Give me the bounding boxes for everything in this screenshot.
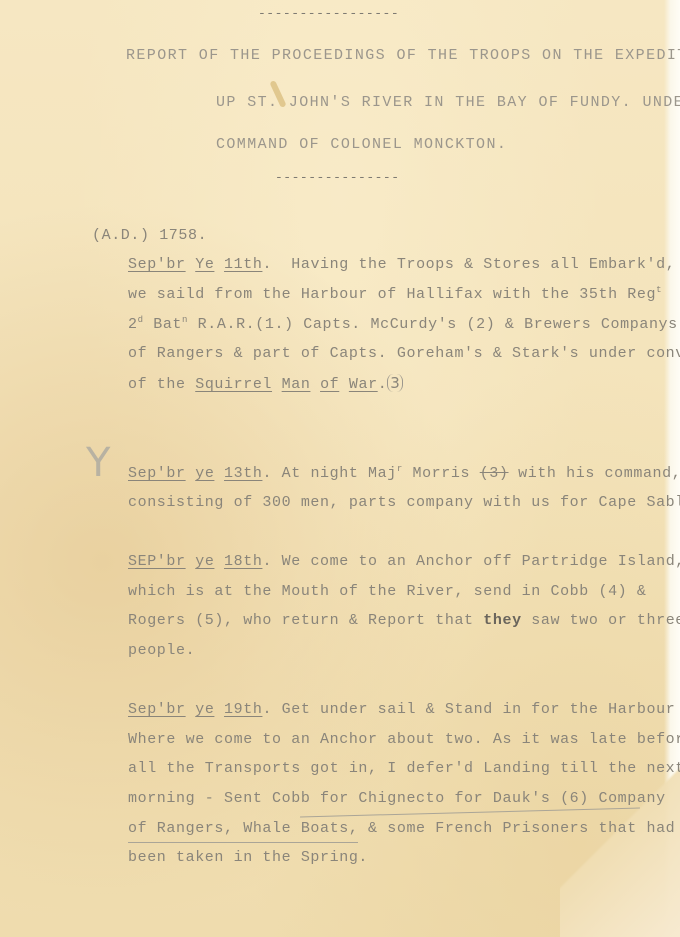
pencil-underline [128, 842, 358, 843]
entry-text: Rogers (5), who return & Report that [128, 612, 474, 629]
entry-text: Bat [153, 316, 182, 333]
entry-line: we saild from the Harbour of Hallifax wi… [128, 285, 662, 303]
ship-name: Squirrel [195, 376, 272, 393]
superscript: r [397, 464, 403, 474]
entry-line: Where we come to an Anchor about two. As… [128, 731, 680, 748]
superscript: d [138, 315, 144, 325]
entry-line: 2d Batn R.A.R.(1.) Capts. McCurdy's (2) … [128, 315, 678, 333]
entry-line: all the Transports got in, I defer'd Lan… [128, 760, 680, 777]
entry-date-ye: ye [195, 465, 214, 482]
entry-line: been taken in the Spring. [128, 849, 368, 866]
entry-line: consisting of 300 men, parts company wit… [128, 494, 680, 511]
entry-text: saw two or three [531, 612, 680, 629]
entry-date-month: Sep'br [128, 256, 186, 273]
entry-text: At night Maj [282, 465, 397, 482]
title-line-1: REPORT OF THE PROCEEDINGS OF THE TROOPS … [126, 47, 680, 64]
entry-text: of [320, 376, 339, 393]
entry-line: morning - Sent Cobb for Chignecto for Da… [128, 790, 666, 807]
entry-text: Morris [412, 465, 470, 482]
entry-text: of the [128, 376, 186, 393]
entry-text: R.A.R.(1.) Capts. McCurdy's (2) & Brewer… [198, 316, 678, 333]
entry-text: We come to an Anchor off Partridge Islan… [282, 553, 680, 570]
entry-date-month: Sep'br [128, 701, 186, 718]
entry-date-day: 18th [224, 553, 262, 570]
entry-text: Having the Troops & Stores all Embark'd, [291, 256, 675, 273]
overtyped-word: they [483, 612, 521, 629]
entry-date-month: Sep'br [128, 465, 186, 482]
entry-text: Get under sail & Stand in for the Harbou… [282, 701, 676, 718]
entry-line: Rogers (5), who return & Report that the… [128, 612, 680, 629]
entry-line: SEP'br ye 18th. We come to an Anchor off… [128, 553, 680, 570]
entry-text: we saild from the Harbour of Hallifax wi… [128, 286, 656, 303]
title-line-2: UP ST. JOHN'S RIVER IN THE BAY OF FUNDY.… [216, 94, 680, 111]
entry-line: of the Squirrel Man of War.3 [128, 374, 403, 393]
entry-date-day: 19th [224, 701, 262, 718]
header-dashes-top: ----------------- [258, 6, 399, 21]
entry-line: of Rangers & part of Capts. Goreham's & … [128, 345, 680, 362]
entry-line: people. [128, 642, 195, 659]
entry-date-day: 13th [224, 465, 262, 482]
header-dashes-bottom: --------------- [275, 170, 400, 185]
entry-date-month: SEP'br [128, 553, 186, 570]
title-line-3: COMMAND OF COLONEL MONCKTON. [216, 136, 507, 153]
entry-line: of Rangers, Whale Boats, & some French P… [128, 820, 675, 837]
entry-text: with his command, [518, 465, 680, 482]
margin-pencil-mark: Y [86, 440, 110, 486]
superscript: t [656, 285, 662, 295]
struck-footnote: (3) [480, 465, 509, 482]
entry-line: Sep'br ye 19th. Get under sail & Stand i… [128, 701, 675, 718]
entry-text: Man [282, 376, 311, 393]
entry-date-day: 11th [224, 256, 262, 273]
entry-line: which is at the Mouth of the River, send… [128, 583, 646, 600]
entry-date-ye: ye [195, 553, 214, 570]
footnote-marker: 3 [387, 374, 403, 392]
entry-line: Sep'br ye 13th. At night Majr Morris (3)… [128, 464, 680, 482]
entry-date-ye: Ye [195, 256, 214, 273]
entry-date-ye: ye [195, 701, 214, 718]
entry-text: War [349, 376, 378, 393]
entry-line: Sep'br Ye 11th. Having the Troops & Stor… [128, 256, 675, 273]
year-line: (A.D.) 1758. [92, 227, 207, 244]
ordinal-number: 2 [128, 316, 138, 333]
superscript: n [182, 315, 188, 325]
